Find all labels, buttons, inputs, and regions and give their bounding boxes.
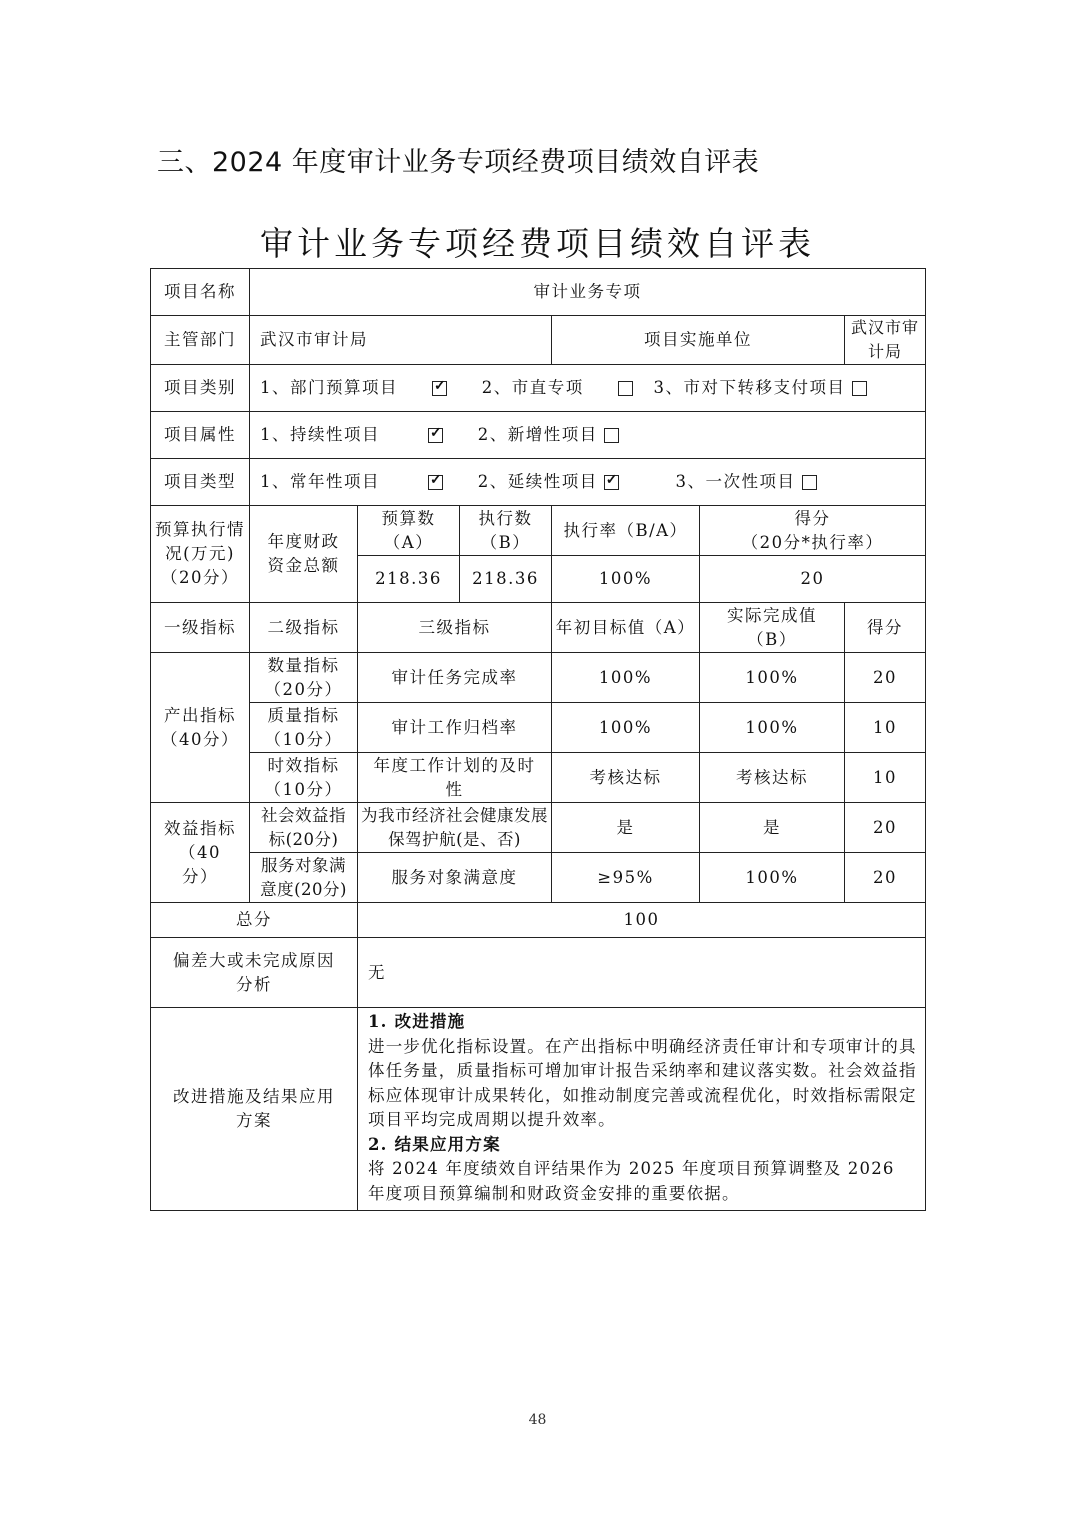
total-value: 100 [358,903,926,938]
target: ≥95% [552,853,700,903]
actual: 100% [700,853,845,903]
improvement-text-2: 将 2024 年度绩效自评结果作为 2025 年度项目预算调整及 2026 年度… [368,1157,917,1206]
level2: 质量指标（10分） [250,703,358,753]
score: 20 [845,803,926,853]
attribute-label: 项目属性 [151,412,250,459]
budget-sub-label-line: 资金总额 [253,554,354,578]
level3: 为我市经济社会健康发展保驾护航(是、否) [358,803,552,853]
improvement-heading-1: 1. 改进措施 [368,1010,917,1035]
level1-line: （40分） [154,728,246,752]
table-row: 产出指标（40分） 数量指标（20分） 审计任务完成率 100% 100% 20 [151,653,926,703]
level1-line: （40 [154,841,246,865]
total-label: 总分 [151,903,358,938]
row-total: 总分 100 [151,903,926,938]
type-options: 1、常年性项目 2、延续性项目 3、一次性项目 [250,459,926,506]
actual-line: （B） [703,628,841,652]
table-row: 时效指标（10分） 年度工作计划的及时性 考核达标 考核达标 10 [151,753,926,803]
col-a-line: （A） [361,531,456,555]
dept-label: 主管部门 [151,316,250,365]
header-level3: 三级指标 [358,603,552,653]
category-label: 项目类别 [151,365,250,412]
budget-label-line: （20分） [154,566,246,590]
budget-label: 预算执行情 况(万元) （20分） [151,506,250,603]
project-name-label: 项目名称 [151,269,250,316]
level3: 服务对象满意度 [358,853,552,903]
budget-value-b: 218.36 [460,556,552,603]
checkbox-checked-icon[interactable] [604,475,619,490]
budget-sub-label: 年度财政 资金总额 [250,506,358,603]
level2: 数量指标（20分） [250,653,358,703]
category-option-1-label: 1、部门预算项目 [260,378,398,397]
row-deviation: 偏差大或未完成原因分析 无 [151,938,926,1008]
table-row: 服务对象满意度(20分) 服务对象满意度 ≥95% 100% 20 [151,853,926,903]
row-indicator-header: 一级指标 二级指标 三级指标 年初目标值（A） 实际完成值（B） 得分 [151,603,926,653]
actual: 考核达标 [700,753,845,803]
impl-value: 武汉市审计局 [845,316,926,365]
actual: 100% [700,703,845,753]
dept-value: 武汉市审计局 [250,316,552,365]
row-department: 主管部门 武汉市审计局 项目实施单位 武汉市审计局 [151,316,926,365]
attribute-option-1-label: 1、持续性项目 [260,425,380,444]
target: 考核达标 [552,753,700,803]
section-title: 三、2024 年度审计业务专项经费项目绩效自评表 [157,140,759,179]
improvement-text-1: 进一步优化指标设置。在产出指标中明确经济责任审计和专项审计的具体任务量，质量指标… [368,1035,917,1133]
score: 20 [845,853,926,903]
level1-line: 效益指标 [154,817,246,841]
score: 10 [845,753,926,803]
checkbox-checked-icon[interactable] [432,381,447,396]
level1-line: 产出指标 [154,704,246,728]
attribute-option-2-label: 2、新增性项目 [478,425,598,444]
header-level1: 一级指标 [151,603,250,653]
level2-line: 服务对象满 [253,854,354,878]
row-project-name: 项目名称 审计业务专项 [151,269,926,316]
col-score-line: 得分 [703,507,922,531]
category-option-3-label: 3、市对下转移支付项目 [654,378,846,397]
attribute-options: 1、持续性项目 2、新增性项目 [250,412,926,459]
level2: 时效指标（10分） [250,753,358,803]
row-category: 项目类别 1、部门预算项目 2、市直专项 3、市对下转移支付项目 [151,365,926,412]
target: 是 [552,803,700,853]
target: 100% [552,653,700,703]
improvement-label: 改进措施及结果应用方案 [151,1008,358,1211]
budget-col-rate: 执行率（B/A） [552,506,700,556]
level3: 审计工作归档率 [358,703,552,753]
checkbox-unchecked-icon[interactable] [802,475,817,490]
level3: 审计任务完成率 [358,653,552,703]
level2-line: 标(20分) [253,828,354,852]
level1-line: 分） [154,865,246,889]
budget-value-rate: 100% [552,556,700,603]
budget-value-a: 218.36 [358,556,460,603]
type-label: 项目类型 [151,459,250,506]
col-a-line: 预算数 [361,507,456,531]
col-b-line: 执行数 [463,507,548,531]
level2-line: 数量指标 [253,654,354,678]
table-row: 效益指标（40分） 社会效益指标(20分) 为我市经济社会健康发展保驾护航(是、… [151,803,926,853]
score: 10 [845,703,926,753]
target: 100% [552,703,700,753]
level2-line: （20分） [253,678,354,702]
score: 20 [845,653,926,703]
level2: 社会效益指标(20分) [250,803,358,853]
header-level2: 二级指标 [250,603,358,653]
col-b-line: （B） [463,531,548,555]
actual-line: 实际完成值 [703,604,841,628]
budget-col-a: 预算数（A） [358,506,460,556]
budget-label-line: 预算执行情 [154,518,246,542]
budget-sub-label-line: 年度财政 [253,530,354,554]
level2-line: 时效指标 [253,754,354,778]
checkbox-checked-icon[interactable] [428,428,443,443]
level2-line: （10分） [253,728,354,752]
deviation-value: 无 [358,938,926,1008]
row-attribute: 项目属性 1、持续性项目 2、新增性项目 [151,412,926,459]
type-option-2-label: 2、延续性项目 [478,472,598,491]
project-name-value: 审计业务专项 [250,269,926,316]
row-budget-header: 预算执行情 况(万元) （20分） 年度财政 资金总额 预算数（A） 执行数（B… [151,506,926,556]
header-target: 年初目标值（A） [552,603,700,653]
row-improvement: 改进措施及结果应用方案 1. 改进措施 进一步优化指标设置。在产出指标中明确经济… [151,1008,926,1211]
level2-line: 意度(20分) [253,878,354,902]
header-score: 得分 [845,603,926,653]
checkbox-unchecked-icon[interactable] [618,381,633,396]
budget-col-score: 得分（20分*执行率） [700,506,926,556]
level2-line: 质量指标 [253,704,354,728]
category-option-2-label: 2、市直专项 [482,378,584,397]
header-actual: 实际完成值（B） [700,603,845,653]
actual: 100% [700,653,845,703]
checkbox-unchecked-icon[interactable] [604,428,619,443]
table-title: 审计业务专项经费项目绩效自评表 [0,218,1075,265]
budget-label-line: 况(万元) [154,542,246,566]
level3: 年度工作计划的及时性 [358,753,552,803]
category-options: 1、部门预算项目 2、市直专项 3、市对下转移支付项目 [250,365,926,412]
deviation-label: 偏差大或未完成原因分析 [151,938,358,1008]
level1-benefit: 效益指标（40分） [151,803,250,903]
improvement-heading-2: 2. 结果应用方案 [368,1133,917,1158]
page-number: 48 [0,1412,1075,1428]
level2-line: （10分） [253,778,354,802]
performance-self-evaluation-table: 项目名称 审计业务专项 主管部门 武汉市审计局 项目实施单位 武汉市审计局 项目… [150,268,926,1211]
type-option-3-label: 3、一次性项目 [676,472,796,491]
level1-output: 产出指标（40分） [151,653,250,803]
budget-col-b: 执行数（B） [460,506,552,556]
checkbox-unchecked-icon[interactable] [852,381,867,396]
budget-value-score: 20 [700,556,926,603]
level2-line: 社会效益指 [253,804,354,828]
row-type: 项目类型 1、常年性项目 2、延续性项目 3、一次性项目 [151,459,926,506]
table-row: 质量指标（10分） 审计工作归档率 100% 100% 10 [151,703,926,753]
improvement-content: 1. 改进措施 进一步优化指标设置。在产出指标中明确经济责任审计和专项审计的具体… [358,1008,926,1211]
type-option-1-label: 1、常年性项目 [260,472,380,491]
impl-label: 项目实施单位 [552,316,845,365]
level2: 服务对象满意度(20分) [250,853,358,903]
checkbox-checked-icon[interactable] [428,475,443,490]
actual: 是 [700,803,845,853]
col-score-line: （20分*执行率） [703,531,922,555]
